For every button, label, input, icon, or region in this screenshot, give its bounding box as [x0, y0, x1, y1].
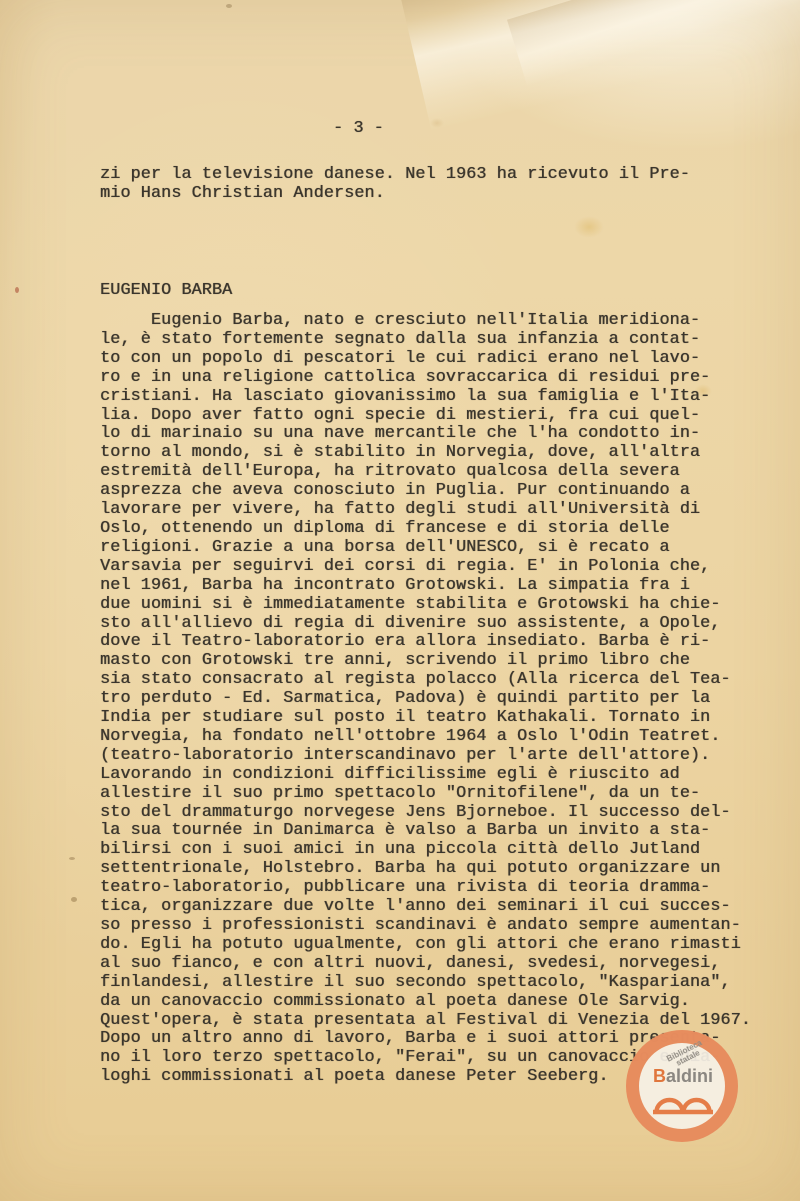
- paper-stain: [574, 216, 604, 238]
- paper-speck: [71, 897, 77, 902]
- body-paragraph: Eugenio Barba, nato e cresciuto nell'Ita…: [100, 312, 751, 1087]
- stamp-brand-name: Baldini: [645, 1067, 721, 1085]
- paper-stain: [430, 118, 444, 128]
- stamp-brand-rest: aldini: [666, 1066, 713, 1086]
- paper-fold-line: [507, 0, 800, 87]
- library-stamp-face: Biblioteca statale Baldini: [639, 1043, 725, 1129]
- paper-speck: [69, 857, 75, 860]
- page-number: - 3 -: [333, 120, 384, 139]
- section-heading: EUGENIO BARBA: [100, 282, 232, 301]
- library-stamp: Biblioteca statale Baldini: [626, 1030, 738, 1142]
- scanned-document-page: - 3 - zi per la televisione danese. Nel …: [0, 0, 800, 1201]
- paper-speck: [226, 4, 232, 8]
- intro-paragraph: zi per la televisione danese. Nel 1963 h…: [100, 166, 690, 204]
- paper-fold-crease: [401, 0, 800, 131]
- paper-speck: [15, 287, 19, 293]
- stamp-brand-initial: B: [653, 1066, 666, 1086]
- open-book-icon: [650, 1087, 716, 1117]
